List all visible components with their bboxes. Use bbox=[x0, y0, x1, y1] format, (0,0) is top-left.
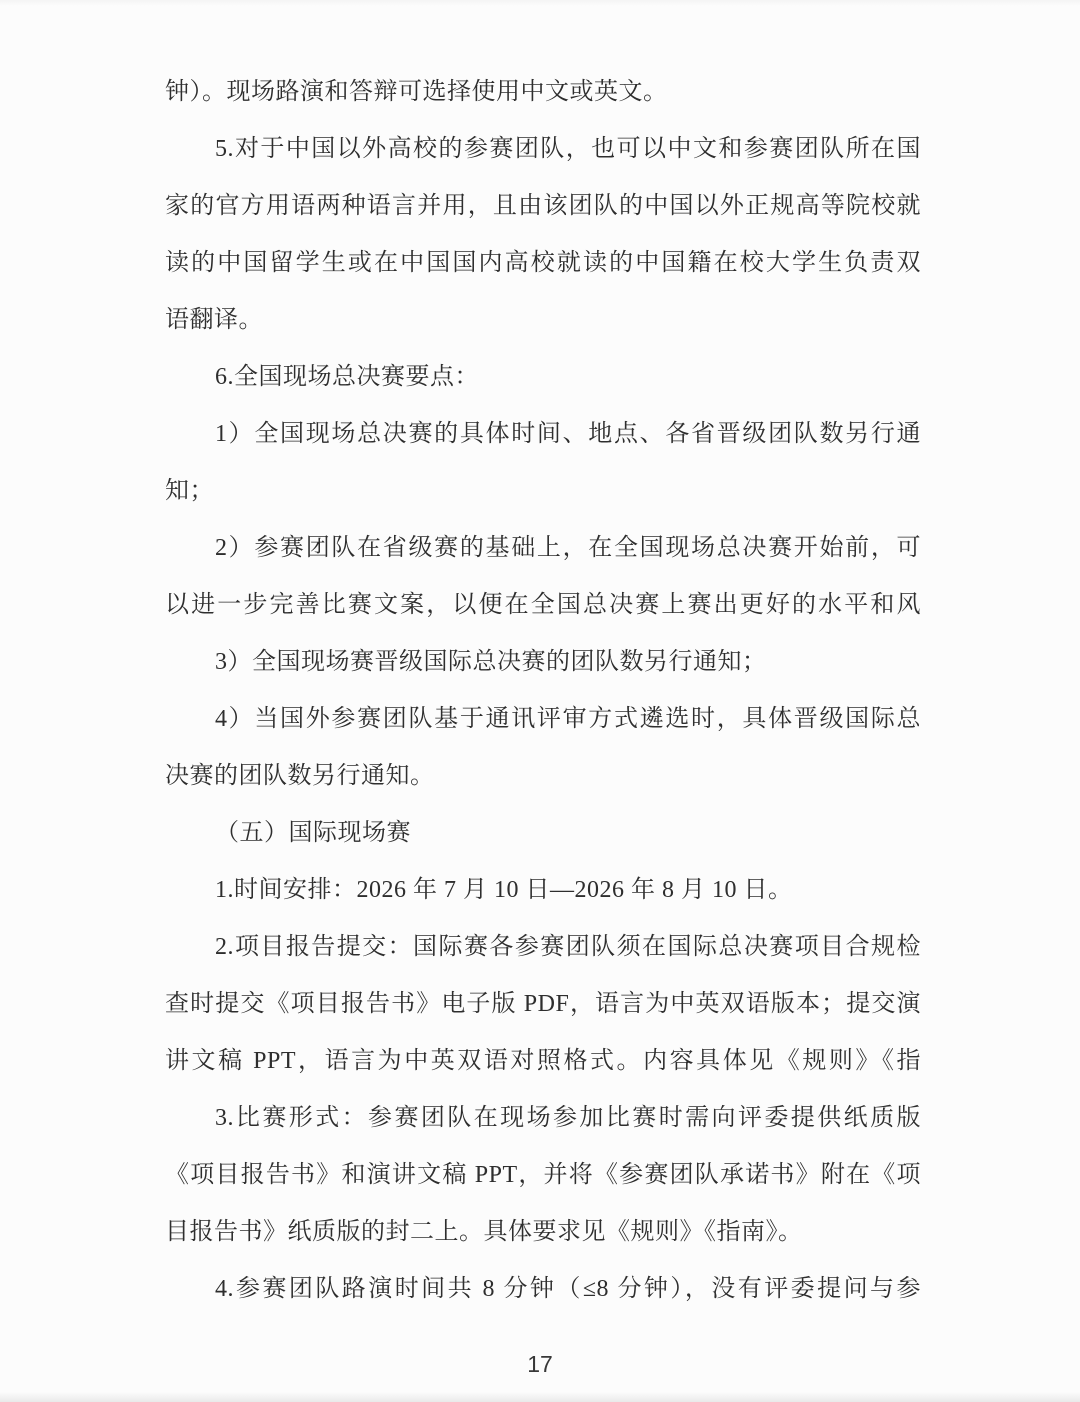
text-line: 2.项目报告提交：国际赛各参赛团队须在国际总决赛项目合规检 bbox=[165, 919, 921, 976]
text-line: 读的中国留学生或在中国国内高校就读的中国籍在校大学生负责双 bbox=[165, 235, 921, 292]
page-number: 17 bbox=[0, 1344, 1080, 1384]
text-block: 钟）。现场路演和答辩可选择使用中文或英文。 5.对于中国以外高校的参赛团队，也可… bbox=[165, 64, 921, 1318]
text-line: （五）国际现场赛 bbox=[165, 805, 921, 862]
text-line: 3.比赛形式：参赛团队在现场参加比赛时需向评委提供纸质版 bbox=[165, 1090, 921, 1147]
text-line: 3）全国现场赛晋级国际总决赛的团队数另行通知； bbox=[165, 634, 921, 691]
document-page: 钟）。现场路演和答辩可选择使用中文或英文。 5.对于中国以外高校的参赛团队，也可… bbox=[0, 0, 1080, 1402]
text-line: 查时提交《项目报告书》电子版 PDF，语言为中英双语版本；提交演 bbox=[165, 976, 921, 1033]
text-line: 4.参赛团队路演时间共 8 分钟（≤8 分钟），没有评委提问与参 bbox=[165, 1261, 921, 1318]
text-line: 6.全国现场总决赛要点： bbox=[165, 349, 921, 406]
text-line: 讲文稿 PPT，语言为中英双语对照格式。内容具体见《规则》《指南》。 bbox=[165, 1033, 921, 1090]
text-line: 钟）。现场路演和答辩可选择使用中文或英文。 bbox=[165, 64, 921, 121]
text-line: 《项目报告书》和演讲文稿 PPT，并将《参赛团队承诺书》附在《项 bbox=[165, 1147, 921, 1204]
text-line: 家的官方用语两种语言并用，且由该团队的中国以外正规高等院校就 bbox=[165, 178, 921, 235]
text-line: 4）当国外参赛团队基于通讯评审方式遴选时，具体晋级国际总 bbox=[165, 691, 921, 748]
text-line: 1）全国现场总决赛的具体时间、地点、各省晋级团队数另行通 bbox=[165, 406, 921, 463]
text-line: 2）参赛团队在省级赛的基础上，在全国现场总决赛开始前，可 bbox=[165, 520, 921, 577]
text-line: 1.时间安排：2026 年 7 月 10 日—2026 年 8 月 10 日。 bbox=[165, 862, 921, 919]
text-line: 知； bbox=[165, 463, 921, 520]
text-line: 以进一步完善比赛文案，以便在全国总决赛上赛出更好的水平和风格； bbox=[165, 577, 921, 634]
text-line: 决赛的团队数另行通知。 bbox=[165, 748, 921, 805]
text-line: 语翻译。 bbox=[165, 292, 921, 349]
text-line: 目报告书》纸质版的封二上。具体要求见《规则》《指南》。 bbox=[165, 1204, 921, 1261]
text-line: 5.对于中国以外高校的参赛团队，也可以中文和参赛团队所在国 bbox=[165, 121, 921, 178]
